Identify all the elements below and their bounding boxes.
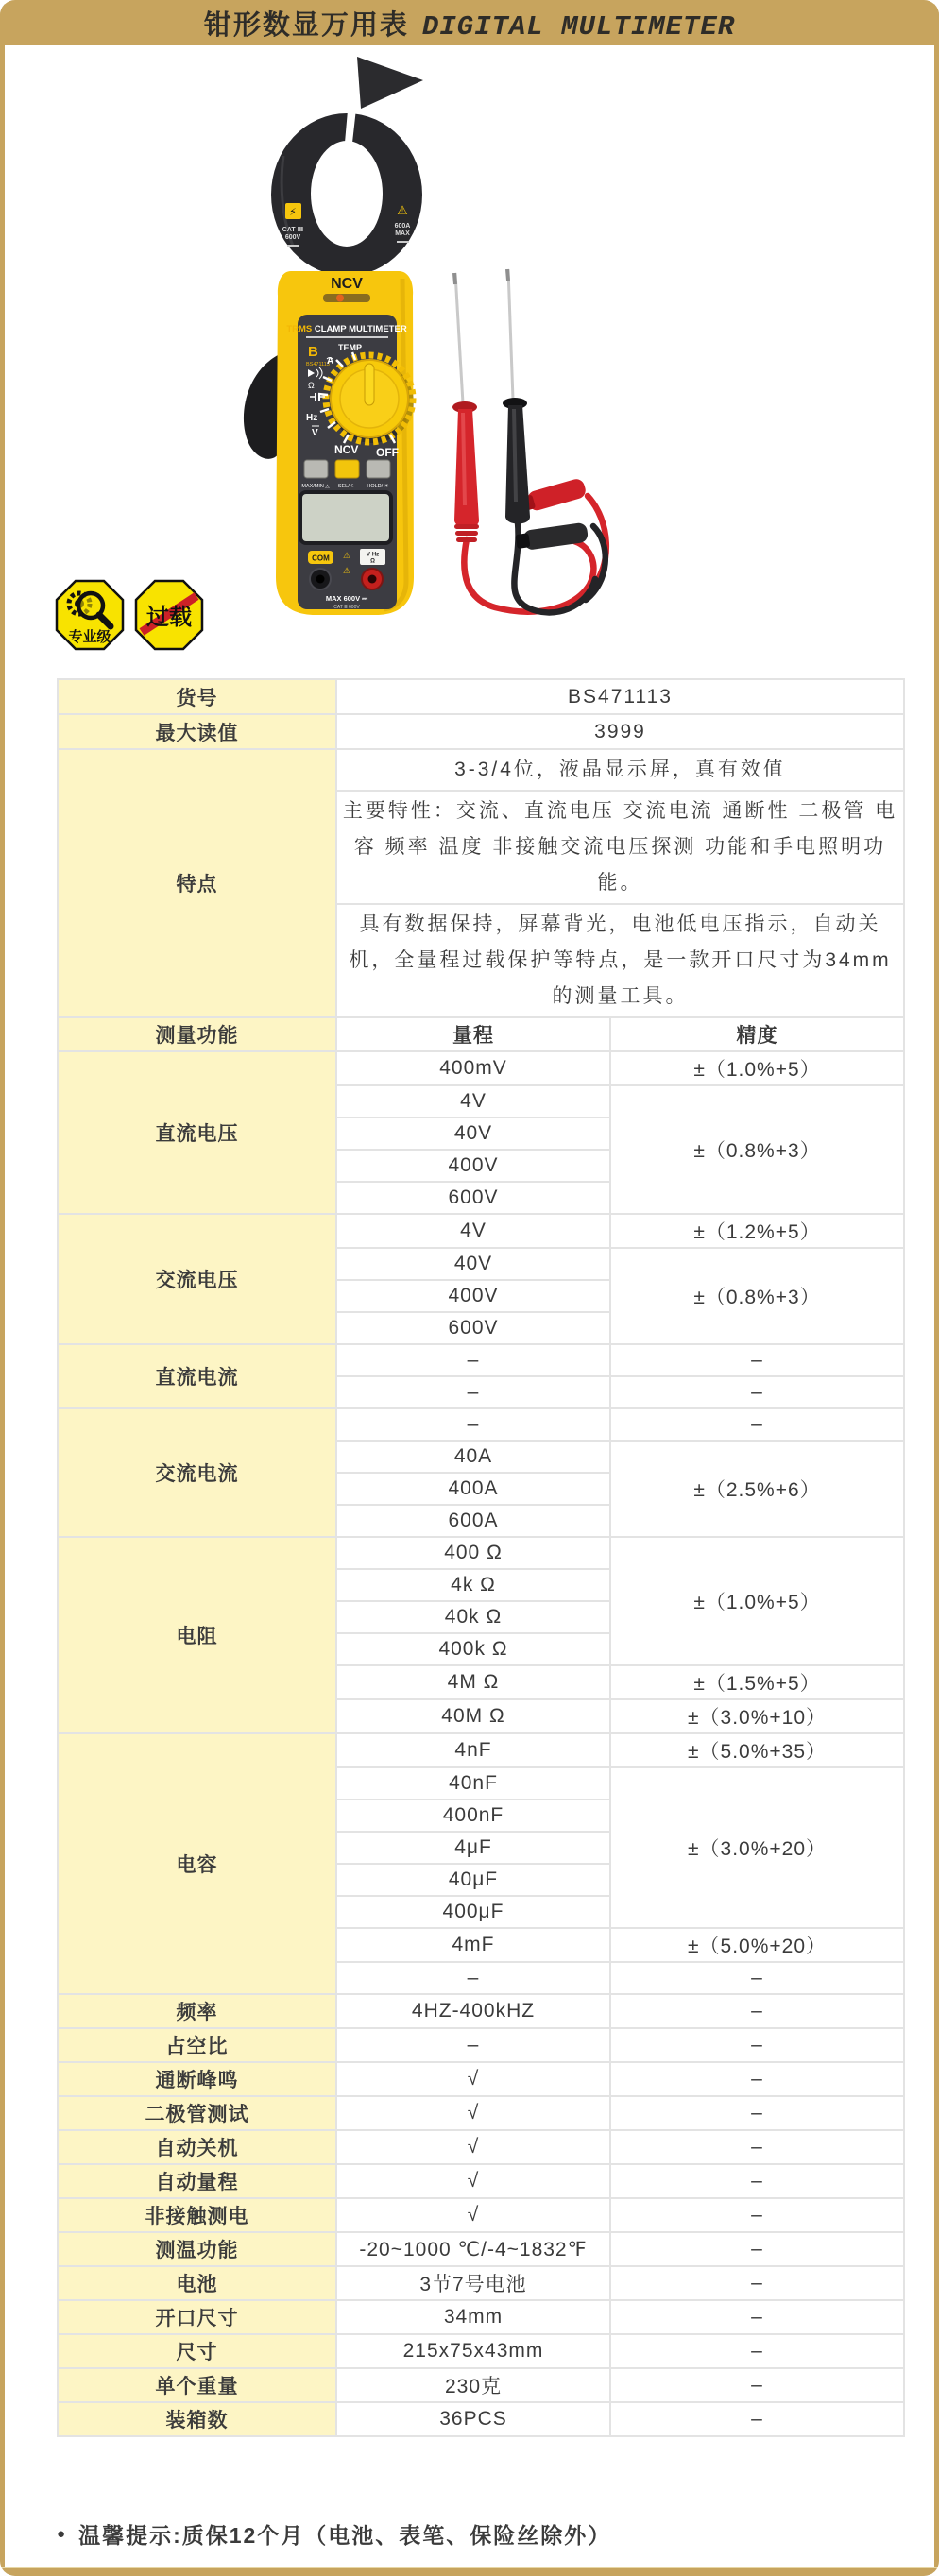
- table-row: 单个重量230克–: [58, 2368, 904, 2402]
- badge-professional: 专业级: [55, 579, 125, 651]
- range-cell: 40nF: [336, 1767, 610, 1800]
- column-header: 量程: [336, 1017, 610, 1051]
- bullet-icon: ●: [57, 2526, 67, 2542]
- port-warning-icon-2: ⚠: [343, 566, 350, 575]
- row-value: BS471113: [336, 679, 904, 714]
- range-cell: 4μF: [336, 1832, 610, 1864]
- range-cell: –: [336, 1344, 610, 1376]
- range-cell: 400k Ω: [336, 1633, 610, 1665]
- clamp-meter-illustration: ⚡ CAT Ⅲ 600V ⚠ 600A MAX NCV: [244, 57, 423, 615]
- table-row: 电容4nF±（5.0%+35）: [58, 1733, 904, 1767]
- accuracy-cell: ±（3.0%+20）: [610, 1767, 904, 1928]
- row-label: 电池: [58, 2266, 336, 2300]
- lcd-screen: [300, 492, 391, 543]
- table-row: 特点3-3/4位，液晶显示屏，真有效值: [58, 749, 904, 791]
- svg-text:Ω: Ω: [370, 559, 375, 565]
- range-cell: 400V: [336, 1150, 610, 1182]
- sel-button: [335, 460, 359, 478]
- hold-button: [367, 460, 390, 478]
- accuracy-cell: ±（0.8%+3）: [610, 1085, 904, 1214]
- range-cell: 4V: [336, 1214, 610, 1248]
- range-cell: 4HZ-400kHZ: [336, 1994, 610, 2028]
- row-value: 3999: [336, 714, 904, 749]
- svg-text:600A: 600A: [395, 223, 411, 230]
- range-cell: –: [336, 1408, 610, 1441]
- ncv-neck-label: NCV: [331, 276, 363, 292]
- dial-ohm-label: Ω: [308, 381, 315, 390]
- clamp-jaw-hole: [311, 141, 383, 247]
- certification-badges: 专业级 过载: [55, 579, 204, 651]
- warranty-note: ● 温馨提示:质保12个月（电池、表笔、保险丝除外）: [57, 2518, 611, 2550]
- row-label: 电容: [58, 1733, 336, 1994]
- table-row: 自动量程√–: [58, 2164, 904, 2198]
- hold-button-label: HOLD/ ☀: [367, 483, 388, 489]
- accuracy-cell: –: [610, 2130, 904, 2164]
- range-cell: -20~1000 ℃/-4~1832℉: [336, 2232, 610, 2266]
- dial-pointer: [365, 364, 374, 405]
- red-probe-wire: [464, 539, 593, 612]
- accuracy-cell: ±（1.2%+5）: [610, 1214, 904, 1248]
- range-cell: 40M Ω: [336, 1699, 610, 1733]
- accuracy-cell: –: [610, 2096, 904, 2130]
- table-row: 电池3节7号电池–: [58, 2266, 904, 2300]
- red-probe-tip: [455, 273, 463, 403]
- com-port-label: COM: [312, 554, 330, 563]
- accuracy-cell: –: [610, 2028, 904, 2062]
- dial-temp-label: TEMP: [338, 343, 362, 352]
- row-label: 开口尺寸: [58, 2300, 336, 2334]
- range-cell: 4M Ω: [336, 1665, 610, 1699]
- row-label: 自动关机: [58, 2130, 336, 2164]
- row-label: 二极管测试: [58, 2096, 336, 2130]
- badge-overload-label: 过载: [146, 605, 192, 630]
- range-cell: 600A: [336, 1505, 610, 1537]
- dial-volt-label: V: [312, 428, 318, 438]
- column-header: 精度: [610, 1017, 904, 1051]
- table-row: 非接触测电√–: [58, 2198, 904, 2232]
- accuracy-cell: –: [610, 1408, 904, 1441]
- svg-text:MAX: MAX: [395, 230, 410, 237]
- row-label: 交流电压: [58, 1214, 336, 1344]
- table-row: 测温功能-20~1000 ℃/-4~1832℉–: [58, 2232, 904, 2266]
- maxmin-button-label: MAX/MIN △: [301, 484, 330, 489]
- badge-overload: 过载: [134, 579, 204, 651]
- row-label: 特点: [58, 749, 336, 1017]
- range-cell: –: [336, 2028, 610, 2062]
- row-label: 交流电流: [58, 1408, 336, 1537]
- table-row: 直流电压400mV±（1.0%+5）: [58, 1051, 904, 1085]
- range-cell: 4nF: [336, 1733, 610, 1767]
- product-photo-area: ⚡ CAT Ⅲ 600V ⚠ 600A MAX NCV: [0, 45, 939, 678]
- spec-table-wrap: 货号BS471113最大读值3999特点3-3/4位，液晶显示屏，真有效值主要特…: [57, 678, 903, 2437]
- row-label: 占空比: [58, 2028, 336, 2062]
- table-row: 最大读值3999: [58, 714, 904, 749]
- port-warning-icon-1: ⚠: [343, 551, 350, 560]
- table-row: 货号BS471113: [58, 679, 904, 714]
- spec-table: 货号BS471113最大读值3999特点3-3/4位，液晶显示屏，真有效值主要特…: [57, 678, 905, 2437]
- table-row: 尺寸215x75x43mm–: [58, 2334, 904, 2368]
- table-row: 自动关机√–: [58, 2130, 904, 2164]
- range-cell: 215x75x43mm: [336, 2334, 610, 2368]
- vhz-port-label: V·Hz: [367, 553, 379, 558]
- table-row: 测量功能量程精度: [58, 1017, 904, 1051]
- dial-ncv-label: NCV: [334, 443, 358, 456]
- accuracy-cell: –: [610, 2232, 904, 2266]
- row-label: 尺寸: [58, 2334, 336, 2368]
- frame-right-border: [934, 0, 939, 2576]
- table-row: 交流电流––: [58, 1408, 904, 1441]
- accuracy-cell: –: [610, 1376, 904, 1408]
- range-cell: 400 Ω: [336, 1537, 610, 1569]
- accuracy-cell: –: [610, 1344, 904, 1376]
- row-label: 电阻: [58, 1537, 336, 1733]
- accuracy-cell: ±（2.5%+6）: [610, 1441, 904, 1537]
- frame-left-border: [0, 0, 5, 2576]
- range-cell: 40k Ω: [336, 1601, 610, 1633]
- product-photo: ⚡ CAT Ⅲ 600V ⚠ 600A MAX NCV: [217, 52, 614, 628]
- range-cell: 4k Ω: [336, 1569, 610, 1601]
- accuracy-cell: ±（5.0%+35）: [610, 1733, 904, 1767]
- range-cell: 400μF: [336, 1896, 610, 1928]
- row-label: 直流电流: [58, 1344, 336, 1408]
- range-cell: 40A: [336, 1441, 610, 1473]
- accuracy-cell: –: [610, 2062, 904, 2096]
- accuracy-cell: –: [610, 1994, 904, 2028]
- badge-professional-label: 专业级: [68, 628, 111, 645]
- feature-paragraph: 主要特性：交流、直流电压 交流电流 通断性 二极管 电容 频率 温度 非接触交流…: [336, 791, 904, 904]
- range-cell: –: [336, 1376, 610, 1408]
- row-label: 装箱数: [58, 2402, 336, 2436]
- accuracy-cell: –: [610, 2402, 904, 2436]
- table-row: 通断峰鸣√–: [58, 2062, 904, 2096]
- accuracy-cell: ±（0.8%+3）: [610, 1248, 904, 1344]
- black-probe: [503, 269, 530, 524]
- range-cell: √: [336, 2198, 610, 2232]
- sel-button-label: SEL/ ☾: [338, 484, 355, 489]
- range-cell: 600V: [336, 1182, 610, 1214]
- range-cell: √: [336, 2062, 610, 2096]
- range-cell: 600V: [336, 1312, 610, 1344]
- accuracy-cell: –: [610, 1962, 904, 1994]
- accuracy-cell: ±（1.0%+5）: [610, 1537, 904, 1665]
- row-label: 频率: [58, 1994, 336, 2028]
- range-cell: –: [336, 1962, 610, 1994]
- brand-logo: B: [308, 344, 318, 360]
- svg-text:CAT Ⅲ: CAT Ⅲ: [282, 227, 303, 233]
- black-probe-tip: [508, 269, 513, 400]
- accuracy-cell: –: [610, 2368, 904, 2402]
- range-cell: 40μF: [336, 1864, 610, 1896]
- range-cell: √: [336, 2164, 610, 2198]
- range-cell: 36PCS: [336, 2402, 610, 2436]
- feature-paragraph: 3-3/4位，液晶显示屏，真有效值: [336, 749, 904, 791]
- row-label: 最大读值: [58, 714, 336, 749]
- table-row: 占空比––: [58, 2028, 904, 2062]
- warranty-note-text: 温馨提示:质保12个月（电池、表笔、保险丝除外）: [78, 2518, 611, 2550]
- range-cell: 400nF: [336, 1800, 610, 1832]
- accuracy-cell: –: [610, 2300, 904, 2334]
- range-cell: 40V: [336, 1117, 610, 1150]
- table-row: 二极管测试√–: [58, 2096, 904, 2130]
- product-spec-page: 钳形数显万用表DIGITAL MULTIMETER ⚡ CAT Ⅲ 600V: [0, 0, 939, 2576]
- accuracy-cell: ±（1.5%+5）: [610, 1665, 904, 1699]
- black-banana-plug: [515, 522, 589, 552]
- row-label: 测温功能: [58, 2232, 336, 2266]
- accuracy-cell: –: [610, 2198, 904, 2232]
- test-probes-illustration: [452, 269, 606, 612]
- lightning-icon: ⚡: [289, 207, 297, 218]
- row-label: 单个重量: [58, 2368, 336, 2402]
- range-cell: 400mV: [336, 1051, 610, 1085]
- range-cell: 4V: [336, 1085, 610, 1117]
- accuracy-cell: –: [610, 2334, 904, 2368]
- maxmin-button: [304, 460, 328, 478]
- frame-bottom-border: [0, 2567, 939, 2576]
- accuracy-cell: –: [610, 2164, 904, 2198]
- range-cell: 230克: [336, 2368, 610, 2402]
- column-header: 测量功能: [58, 1017, 336, 1051]
- range-cell: √: [336, 2096, 610, 2130]
- warning-icon: ⚠: [397, 203, 408, 217]
- row-label: 非接触测电: [58, 2198, 336, 2232]
- range-cell: √: [336, 2130, 610, 2164]
- clamp-fin: [357, 57, 423, 109]
- range-cell: 400A: [336, 1473, 610, 1505]
- ncv-led: [336, 295, 344, 302]
- table-row: 电阻400 Ω±（1.0%+5）: [58, 1537, 904, 1569]
- brand-line: TRMS CLAMP MULTIMETER: [286, 324, 407, 334]
- page-title: 钳形数显万用表DIGITAL MULTIMETER: [204, 4, 735, 43]
- table-row: 频率4HZ-400kHZ–: [58, 1994, 904, 2028]
- range-cell: 3节7号电池: [336, 2266, 610, 2300]
- svg-text:600V: 600V: [285, 234, 301, 241]
- ncv-led-slot: [323, 294, 370, 302]
- row-label: 自动量程: [58, 2164, 336, 2198]
- accuracy-cell: –: [610, 2266, 904, 2300]
- range-cell: 40V: [336, 1248, 610, 1280]
- range-cell: 34mm: [336, 2300, 610, 2334]
- max-voltage-label: MAX 600V ⎓: [326, 594, 368, 603]
- row-label: 货号: [58, 679, 336, 714]
- accuracy-cell: ±（1.0%+5）: [610, 1051, 904, 1085]
- range-cell: 400V: [336, 1280, 610, 1312]
- table-row: 交流电压4V±（1.2%+5）: [58, 1214, 904, 1248]
- page-title-cn: 钳形数显万用表: [204, 10, 409, 41]
- accuracy-cell: ±（5.0%+20）: [610, 1928, 904, 1962]
- table-row: 装箱数36PCS–: [58, 2402, 904, 2436]
- page-title-en: DIGITAL MULTIMETER: [422, 11, 735, 43]
- header-bar: 钳形数显万用表DIGITAL MULTIMETER: [0, 0, 939, 45]
- row-label: 直流电压: [58, 1051, 336, 1214]
- accuracy-cell: ±（3.0%+10）: [610, 1699, 904, 1733]
- row-label: 通断峰鸣: [58, 2062, 336, 2096]
- cat-rating-label: CAT Ⅲ 600V: [333, 605, 360, 610]
- meter-buttons: MAX/MIN △ SEL/ ☾ HOLD/ ☀: [301, 460, 390, 489]
- dial-off-label: OFF: [376, 446, 399, 459]
- table-row: 开口尺寸34mm–: [58, 2300, 904, 2334]
- red-probe: [452, 273, 479, 542]
- dial-hz-label: Hz: [306, 413, 317, 423]
- range-cell: 4mF: [336, 1928, 610, 1962]
- table-row: 直流电流––: [58, 1344, 904, 1376]
- feature-paragraph: 具有数据保持，屏幕背光，电池低电压指示，自动关机，全量程过载保护等特点，是一款开…: [336, 904, 904, 1017]
